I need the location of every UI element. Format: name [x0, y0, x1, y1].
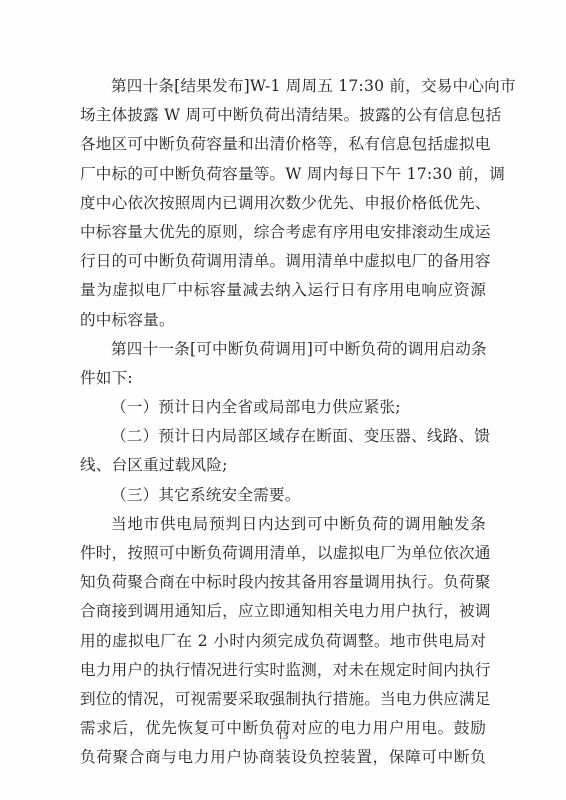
text-line: 合商接到调用通知后，应立即通知相关电力用户执行，被调 — [80, 597, 486, 626]
text-line: （三）其它系统安全需要。 — [80, 481, 486, 510]
page-number: 13 — [0, 731, 566, 742]
text-line: 线、台区重过载风险; — [80, 451, 486, 480]
list-item-condition-1: （一）预计日内全省或局部电力供应紧张; — [80, 393, 486, 422]
document-body: 第四十条[结果发布]W-1 周周五 17:30 前，交易中心向市 场主体披露 W… — [80, 72, 486, 773]
list-item-condition-3: （三）其它系统安全需要。 — [80, 481, 486, 510]
text-line: 量为虚拟电厂中标容量减去纳入运行日有序用电响应资源 — [80, 276, 486, 305]
text-line: 第四十一条[可中断负荷调用]可中断负荷的调用启动条 — [80, 335, 486, 364]
paragraph-article-41: 第四十一条[可中断负荷调用]可中断负荷的调用启动条 件如下: — [80, 335, 486, 393]
text-line: 到位的情况，可视需要采取强制执行措施。当电力供应满足 — [80, 685, 486, 714]
paragraph-article-40: 第四十条[结果发布]W-1 周周五 17:30 前，交易中心向市 场主体披露 W… — [80, 72, 486, 335]
text-line: 各地区可中断负荷容量和出清价格等，私有信息包括虚拟电 — [80, 130, 486, 159]
text-line: 知负荷聚合商在中标时段内按其备用容量调用执行。负荷聚 — [80, 568, 486, 597]
text-line: 厂中标的可中断负荷容量等。W 周内每日下午 17:30 前，调 — [80, 160, 486, 189]
text-line: （一）预计日内全省或局部电力供应紧张; — [80, 393, 486, 422]
text-line: 用的虚拟电厂在 2 小时内须完成负荷调整。地市供电局对 — [80, 627, 486, 656]
text-line: 件时，按照可中断负荷调用清单，以虚拟电厂为单位依次通 — [80, 539, 486, 568]
document-page: 第四十条[结果发布]W-1 周周五 17:30 前，交易中心向市 场主体披露 W… — [0, 0, 566, 800]
text-line: 中标容量大优先的原则，综合考虑有序用电安排滚动生成运 — [80, 218, 486, 247]
text-line: 的中标容量。 — [80, 306, 486, 335]
text-line: 场主体披露 W 周可中断负荷出清结果。披露的公有信息包括 — [80, 101, 486, 130]
list-item-condition-2: （二）预计日内局部区域存在断面、变压器、线路、馈 线、台区重过载风险; — [80, 422, 486, 480]
text-line: 电力用户的执行情况进行实时监测，对未在规定时间内执行 — [80, 656, 486, 685]
text-line: 第四十条[结果发布]W-1 周周五 17:30 前，交易中心向市 — [80, 72, 486, 101]
text-line: 行日的可中断负荷调用清单。调用清单中虚拟电厂的备用容 — [80, 247, 486, 276]
text-line: 件如下: — [80, 364, 486, 393]
text-line: 负荷聚合商与电力用户协商装设负控装置，保障可中断负 — [80, 743, 486, 772]
text-line: 当地市供电局预判日内达到可中断负荷的调用触发条 — [80, 510, 486, 539]
text-line: 度中心依次按照周内已调用次数少优先、申报价格低优先、 — [80, 189, 486, 218]
text-line: （二）预计日内局部区域存在断面、变压器、线路、馈 — [80, 422, 486, 451]
